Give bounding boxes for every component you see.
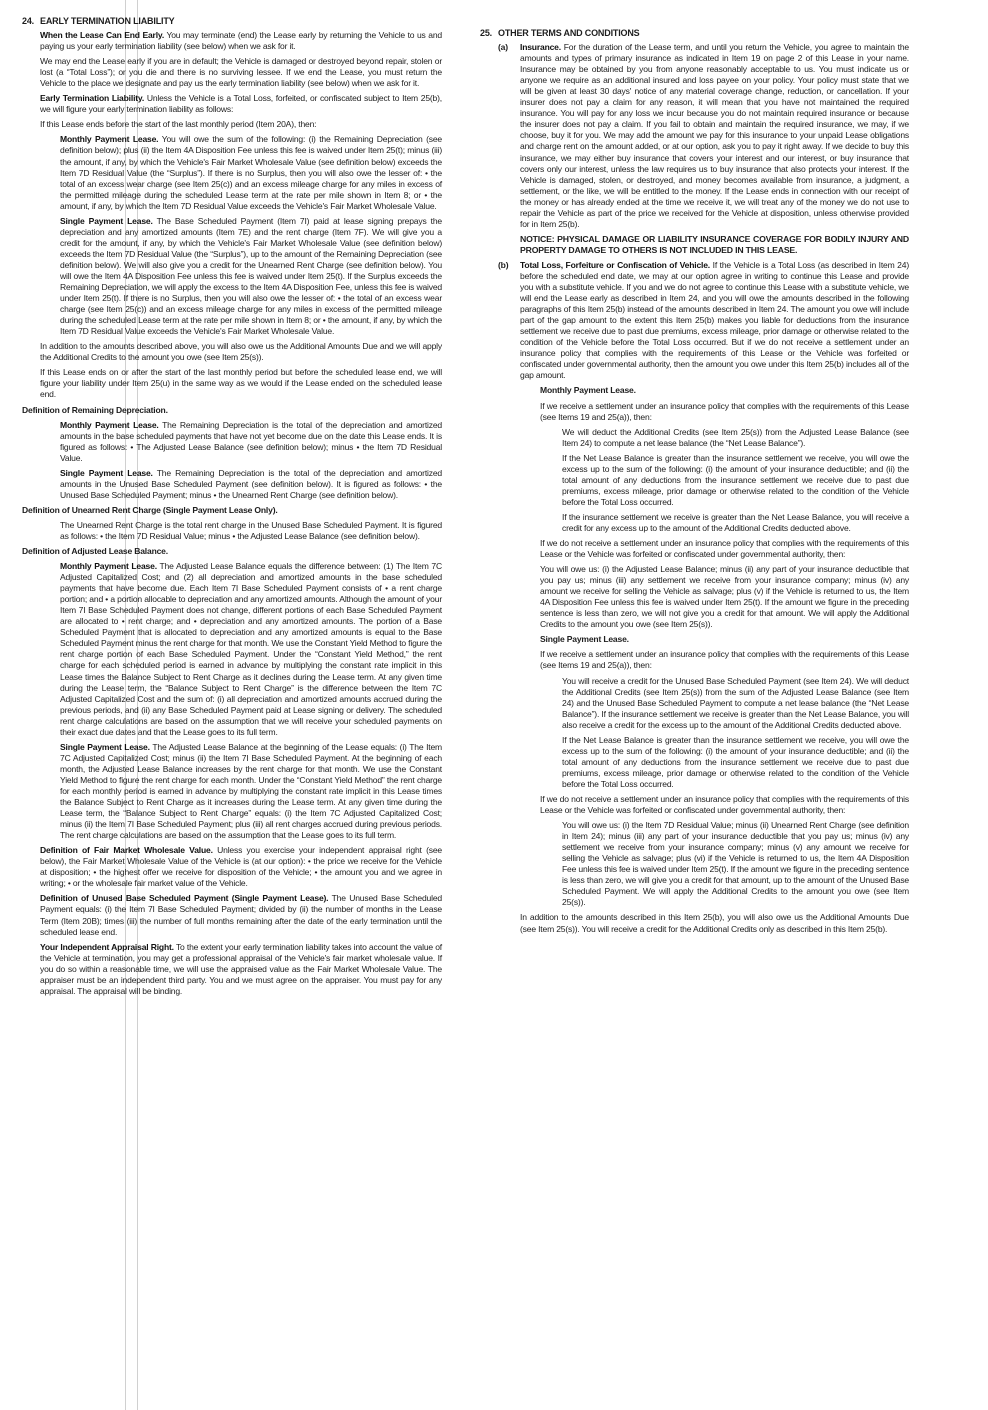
adjusted-balance-monthly: Monthly Payment Lease. The Adjusted Leas… [60,561,442,738]
independent-appraisal-right: Your Independent Appraisal Right. To the… [40,942,442,997]
remaining-depreciation-single: Single Payment Lease. The Remaining Depr… [60,468,442,501]
section-number: 25. [480,28,498,39]
single-credit: You will receive a credit for the Unused… [562,676,909,731]
monthly-if-no-settlement: If we do not receive a settlement under … [540,538,909,560]
insurance-text: Insurance. For the duration of the Lease… [520,42,909,230]
monthly-if-settlement: If we receive a settlement under an insu… [540,401,909,423]
in-addition-para: In addition to the amounts described abo… [40,341,442,363]
monthly-greater-balance: If the Net Lease Balance is greater than… [562,453,909,508]
def-fair-market-value: Definition of Fair Market Wholesale Valu… [40,845,442,889]
item-tag: (b) [498,260,520,939]
section-24-column: 24. EARLY TERMINATION LIABILITY When the… [22,16,442,1001]
total-loss-single-title: Single Payment Lease. [540,634,909,645]
section-24-heading: 24. EARLY TERMINATION LIABILITY [22,16,442,27]
single-if-no-settlement: If we do not receive a settlement under … [540,794,909,816]
adjusted-balance-single: Single Payment Lease. The Adjusted Lease… [60,742,442,841]
total-loss-text: Total Loss, Forfeiture or Confiscation o… [520,260,909,382]
we-may-end-lease: We may end the Lease early if you are in… [40,56,442,89]
section-25-column: 25. OTHER TERMS AND CONDITIONS (a) Insur… [498,28,909,939]
early-termination-liability: Early Termination Liability. Unless the … [40,93,442,115]
single-you-owe: You will owe us: (i) the Item 7D Residua… [562,820,909,908]
before-last-period: If this Lease ends before the start of t… [40,119,442,130]
total-loss-monthly-title: Monthly Payment Lease. [540,385,909,396]
def-remaining-depreciation-title: Definition of Remaining Depreciation. [22,405,442,416]
single-greater-balance: If the Net Lease Balance is greater than… [562,735,909,790]
def-adjusted-balance-title: Definition of Adjusted Lease Balance. [22,546,442,557]
item-25b-total-loss: (b) Total Loss, Forfeiture or Confiscati… [498,260,909,939]
monthly-payment-lease-para: Monthly Payment Lease. You will owe the … [60,134,442,211]
single-if-settlement: If we receive a settlement under an insu… [540,649,909,671]
item-tag: (a) [498,42,520,260]
remaining-depreciation-monthly: Monthly Payment Lease. The Remaining Dep… [60,420,442,464]
monthly-deduct: We will deduct the Additional Credits (s… [562,427,909,449]
section-title: OTHER TERMS AND CONDITIONS [498,28,640,39]
total-loss-closing: In addition to the amounts described in … [520,912,909,934]
def-unearned-rent-title: Definition of Unearned Rent Charge (Sing… [22,505,442,516]
monthly-you-owe: You will owe us: (i) the Adjusted Lease … [540,564,909,630]
section-25-heading: 25. OTHER TERMS AND CONDITIONS [498,28,909,39]
insurance-notice: NOTICE: PHYSICAL DAMAGE OR LIABILITY INS… [520,234,909,256]
single-payment-lease-para: Single Payment Lease. The Base Scheduled… [60,216,442,338]
after-last-period-para: If this Lease ends on or after the start… [40,367,442,400]
monthly-greater-settlement: If the insurance settlement we receive i… [562,512,909,534]
item-25a-insurance: (a) Insurance. For the duration of the L… [498,42,909,260]
lease-document-page: 24. EARLY TERMINATION LIABILITY When the… [0,0,988,1410]
when-lease-can-end-early: When the Lease Can End Early. You may te… [40,30,442,52]
section-title: EARLY TERMINATION LIABILITY [40,16,174,27]
def-unused-base-payment: Definition of Unused Base Scheduled Paym… [40,893,442,937]
section-number: 24. [22,16,40,27]
def-unearned-rent-text: The Unearned Rent Charge is the total re… [60,520,442,542]
